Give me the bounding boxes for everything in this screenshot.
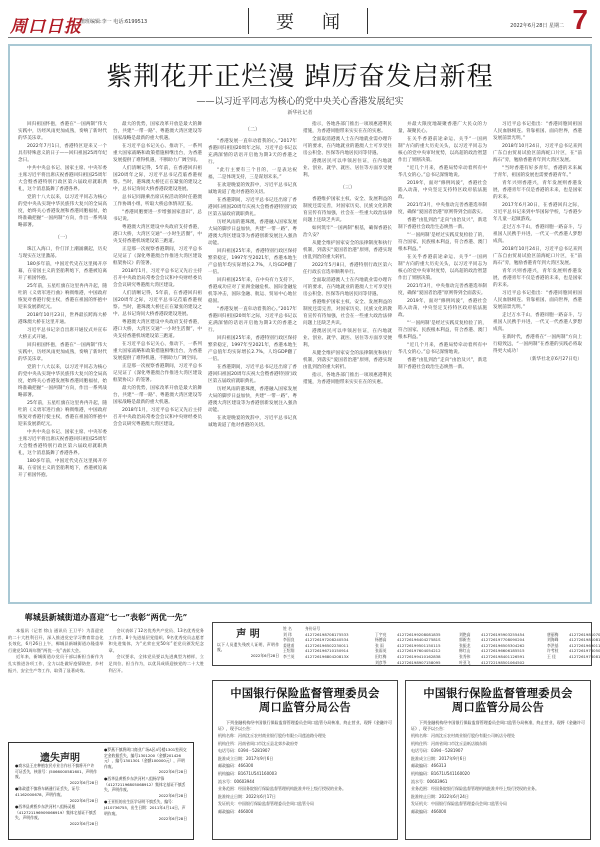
paragraph: 2018年1月，习近平总书记又先后主持召开中央政治局常委会会议和中央财经委员会会…	[113, 268, 202, 289]
paragraph: 从健全维护国家安全的法律制度和执行机制，到落实“爱国者治港”原则，香港实现由乱到…	[303, 240, 392, 261]
paragraph: 会议表彰了12名优秀共产党员、13名优秀党务工作者、8个先进基层党组织、9名优秀…	[109, 628, 205, 654]
article-columns: 回归祖国怀抱，香港在“一国两制”伟大实践中，历经风雨更加成熟，奏响了新时代的华美…	[18, 121, 582, 599]
paragraph: 在欢迎晚宴的致辞中，习近平总书记真诚地说道了他对香港的关切。	[208, 415, 297, 429]
paragraph: 近年来，新城街道办党员干部以新担当新作为扎实推进各项工作，全力以赴做好疫情防控、…	[8, 654, 104, 674]
local-news-story: 郸城县新城街道办喜迎“七一”表彰“两优一先” 本报讯（记者 徐山 通讯员 王卫平…	[8, 612, 204, 732]
paragraph: 回归祖国25年来，香港特别行政区保持繁荣稳定，1997年至2021年，香港本地生…	[208, 248, 297, 276]
paragraph: 180多年前，中国近代史在这里揭开序幕，在帝国主义的坚船利炮下，香港被迫离开了祖…	[18, 261, 107, 282]
paragraph: 2019年，面对“修例风波”，香港社会陷入动荡，中央坚定支持特区政府依法施政。	[398, 298, 487, 319]
paragraph: 在香港期间，习近平总书记还出席了香港回归祖国20周年庆祝大会暨香港特别行政区第五…	[208, 197, 297, 218]
paragraph: 珠江入海口，伶仃洋上潮涌潮起，历史与现实在这里激荡。	[18, 246, 107, 260]
paragraph: 回归祖国25年来，香港特别行政区保持繁荣稳定，1997年至2021年，香港本地生…	[208, 335, 297, 363]
paragraph: 港澳居民可以申领居住证，在内地就业、创业、就学、就医、居住等方面享受便利。	[303, 328, 392, 349]
paragraph: “近几个月来，香港局势牵动着所有中华儿女的心。”总书记深情地说。	[398, 165, 487, 179]
paragraph: “香港同胞要进一步增强国家意识”，总书记说。	[113, 209, 202, 223]
newspaper-logo: 周口日报	[10, 12, 82, 37]
paragraph: 在欢迎晚宴的致辞中，习近平总书记真诚地说道了他对香港的关切。	[208, 182, 297, 196]
article-column-3: （二） “香港发展一直牵动着我的心。”2017年香港回归祖国20周年之际，习近平…	[208, 121, 297, 599]
paragraph: 在关乎香港前途命运、关乎“一国两制”方向的重大历史关头，以习近平同志为核心的党中…	[398, 254, 487, 282]
lost-statement-box: 遗失声明 ●商水县王庄种植农民专业合作社不慎将开户许可证丢失，核准号：J5066…	[8, 742, 194, 840]
paragraph: 习近平总书记指出：“香港同胞同祖国人民血脉相连。背靠祖国、面向世界，香港发展前景…	[493, 290, 582, 311]
statement-date: 2022年6月28日	[217, 653, 279, 658]
paragraph: 总书记同跟乘出席庆祝活动的时任港澳工作协调小组，听取大桥总体情况汇报。	[113, 194, 202, 208]
paragraph: 2019年，面对“修例风波”，香港社会陷入动荡，中央坚定支持特区政府依法施政。	[398, 180, 487, 201]
paragraph: 180多年前，中国近代史在这里揭开序幕，在帝国主义的坚船利炮下，香港被迫离开了祖…	[18, 458, 107, 479]
article-credit: （新华社北京6月27日电）	[493, 356, 582, 363]
paragraph: 2022年7月1日，香港特区迎来又一个具有特殊意义的日子——回归祖国25周年纪念…	[18, 143, 107, 164]
paragraph: 在香港期间，习近平总书记还出席了香港回归祖国20周年庆祝大会暨香港特别行政区第五…	[208, 364, 297, 385]
paragraph: 香港“由乱到治”走向“由治及兴”，新选制下香港社会政治生态焕然一新。	[398, 217, 487, 231]
story-body: 本报讯（记者 徐山 通讯员 王卫平）为喜迎党的二十大胜利召开，深入推进党史学习教…	[8, 628, 204, 674]
article-column-1: 回归祖国怀抱，香港在“一国两制”伟大实践中，历经风雨更加成熟，奏响了新时代的华美…	[18, 121, 107, 599]
paragraph: 并最大限度地凝聚香港广大民众的力量，凝聚民心。	[398, 121, 487, 135]
paragraph: 在习近平总书记关心、推动下，一系列重大国家战略和政策措施相继出台，为香港发展提供…	[113, 143, 202, 164]
section-title: 要 闻	[248, 8, 368, 34]
article-column-6: 习近平总书记指出：“香港同胞同祖国人民血脉相连。背靠祖国、面向世界，香港发展前景…	[493, 121, 582, 599]
paragraph: 党的十八大以来，以习近平同志为核心的党中央从实现中华民族伟大复兴的全局高度，始终…	[18, 364, 107, 399]
paragraph: “此行主要有三个目的，一是表达祝福，二是体现支持，三是谋划未来。”	[208, 167, 297, 181]
paragraph: 最大的优势，国家改革开放是最大的舞台，共建“一带一路”、粤港澳大湾区建设等国家战…	[113, 385, 202, 406]
paragraph: 回归祖国怀抱，香港在“一国两制”伟大实践中，历经风雨更加成熟，奏响了新时代的华美…	[18, 121, 107, 142]
article-subhead: ——以习近平同志为核心的党中央关心香港发展纪实	[10, 94, 590, 107]
lost-item: ●陈政遗不慎将车辆通行证丢失，证号：41162000678，声明作废。 2022…	[15, 786, 98, 803]
paragraph: 党的十八大以来，以习近平同志为核心的党中央从实现中华民族伟大复兴的全局高度，始终…	[18, 194, 107, 229]
notice-intro: 下列金融机构经中国银行保险监督管理委员会周口监管分局核准，终止营业，现将《金融许…	[218, 720, 392, 732]
paragraph: 2018年10月23日，世界最长跨海大桥港珠澳大桥在这里开通。	[18, 312, 107, 326]
paragraph: “近几个月来，香港局势牵动着所有中华儿女的心。”总书记深情地说。	[398, 342, 487, 356]
paragraph: 在新时代，香港将在“一国两制”方向上行稳致远，“一国两制”在香港的实践必将取得更…	[493, 334, 582, 355]
masthead: 周口日报 值班编辑:李一 电话:6199513 要 闻 2022年6月28日 星…	[8, 0, 592, 38]
article-column-4: 指示，各地各部门推出一项项惠港利民措施，为香港同胞带来实实在在的实惠。 全面取消…	[303, 121, 392, 599]
paragraph: “香港发展一直牵动着我的心。”2017年香港回归祖国20周年之际，习近平总书记以…	[208, 138, 297, 166]
notice-title: 中国银行保险监督管理委员会	[411, 686, 585, 700]
paragraph: 正是那一次视察香港期间，习近平总书记见证了《深化粤港澳合作推进大湾区建设框架协议…	[113, 246, 202, 267]
paragraph: 2018年1月，习近平总书记又先后主持召开中央政治局常委会会议和中央财经委员会会…	[113, 407, 202, 428]
section-heading: （三）	[303, 185, 392, 192]
paragraph: 指示，各地各部门推出一项项惠港利民措施，为香港同胞带来实实在在的实惠。	[303, 121, 392, 135]
paragraph: 走过万水千山，香港同胞一路奋斗，与祖国人民携手并进，一代又一代香港人梦想成真。	[493, 224, 582, 245]
paragraph: 在关乎香港前途命运、关乎“一国两制”方向的重大历史关头，以习近平同志为核心的党中…	[398, 136, 487, 164]
statement-text: 以下人员遗失残疾人证明，声明作废。 2022年6月28日	[217, 642, 279, 658]
paragraph: 25年前，五星红旗在这里冉冉升起，随吐的《义勇军进行曲》响彻维港，中国政府恢复对…	[18, 283, 107, 311]
paragraph: 人们清晰记得，5年前，在香港回归祖国20周年之际，习近平总书记莅临香港视察。当时…	[113, 165, 202, 193]
lost-item: ●西华县黄桥乡东洪河村八组杨灵根（412721196909066919）集体宅基…	[15, 804, 98, 826]
lost-item: ●罗燕不慎将周口商业广场A区4号楼1301室预交定金收据丢失，编号1301200…	[104, 747, 187, 775]
article-byline: 新华社记者	[10, 109, 590, 116]
paragraph: “香港发展一直牵动着我的心。”2017年香港回归祖国20周年之际，习近平总书记以…	[208, 306, 297, 334]
notice-subtitle: 周口监管分局公告	[218, 700, 392, 714]
paragraph: 走过万水千山，香港同胞一路奋斗，与祖国人民携手并进，一代又一代香港人梦想成真。	[493, 312, 582, 333]
paragraph: 如何筑牢“一国两制”根基，确保香港长治久安？	[303, 225, 392, 239]
story-title: 郸城县新城街道办喜迎“七一”表彰“两优一先”	[8, 612, 204, 623]
paragraph: 2017年6月30日，在香港回归之际，习近平总书记来到中华国际学校，与香港少年儿…	[493, 202, 582, 223]
paragraph: 习近平总书记亲自出席开通仪式并宣布大桥正式开通。	[18, 327, 107, 341]
paragraph: 2021年3月，中央推动完善香港选举制度，确保“爱国者治港”原则得到全面落实。	[398, 283, 487, 297]
regulator-notice-1: 中国银行保险监督管理委员会 周口监管分局公告 下列金融机构经中国银行保险监督管理…	[212, 680, 398, 840]
paragraph: 本报讯（记者 徐山 通讯员 王卫平）为喜迎党的二十大胜利召开，深入推进党史学习教…	[8, 628, 104, 654]
paragraph: “当时香港有好多青年，香港的未来属于青年，祖国的发展也需要香港青年。”	[493, 165, 582, 179]
statement-title: 声 明	[217, 625, 279, 640]
article-column-5: 并最大限度地凝聚香港广大民众的力量，凝聚民心。 在关乎香港前途命运、关乎“一国两…	[398, 121, 487, 599]
paragraph: 回归祖国怀抱，香港在“一国两制”伟大实践中，历经风雨更加成熟，奏响了新时代的华美…	[18, 342, 107, 363]
paragraph: 香港维护国家主权、安全、发展利益的制度还需完善，对国家历史、民族文化的教育宣传有…	[303, 196, 392, 224]
paragraph: 中共中央总书记、国家主席、中央军委主席习近平将出席庆祝香港回归祖国25周年大会暨…	[18, 165, 107, 193]
paragraph: 中共中央总书记、国家主席、中央军委主席习近平将出席庆祝香港回归祖国25周年大会暨…	[18, 429, 107, 457]
paragraph: 港澳居民可以申领居住证，在内地就业、创业、就学、就医、居住等方面享受便利。	[303, 158, 392, 179]
section-char-2: 闻	[322, 8, 340, 34]
paragraph: 全面取消港澳人士在内地就业需办理许可的要求，在内地就业的港澳人士可享受住房公积金…	[303, 277, 392, 298]
section-char-1: 要	[276, 8, 294, 34]
paragraph: 从健全维护国家安全的法律制度和执行机制，到落实“爱国者治港”原则，香港实现由乱到…	[303, 350, 392, 371]
main-article: 紫荆花开正烂漫 踔厉奋发启新程 ——以习近平同志为核心的党中央关心香港发展纪实 …	[8, 44, 592, 604]
section-heading: （二）	[208, 127, 297, 134]
paragraph: 香港“由乱到治”走向“由治及兴”，新选制下香港社会政治生态焕然一新。	[398, 357, 487, 371]
paragraph: 青年兴则香港兴，青年发展则香港发展，香港青年不仅是香港的未来，也是国家的未来。	[493, 268, 582, 289]
paragraph: 2022年5月8日，香港特别行政区第六任行政长官选举顺利举行。	[303, 262, 392, 276]
id-table: 姓 名 身份证号 刘 玮412726198708175533丁宇亮4127261…	[283, 626, 587, 665]
lost-statement-title: 遗失声明	[15, 749, 105, 764]
paragraph: 青年兴则香港兴，青年发展则香港发展，香港青年不仅是香港的未来，也是国家的未来。	[493, 180, 582, 201]
page-number: 7	[572, 6, 588, 34]
id-statement-box: 声 明 以下人员遗失残疾人证明，声明作废。 2022年6月28日 姓 名 身份证…	[212, 622, 592, 666]
article-headline: 紫荆花开正烂漫 踔厉奋发启新程	[10, 56, 590, 93]
paragraph: 最大的优势，国家改革开放是最大的舞台，共建“一带一路”、粤港澳大湾区建设等国家战…	[113, 121, 202, 142]
notice-subtitle: 周口监管分局公告	[411, 700, 585, 714]
paragraph: 粤港澳大湾区建设中央政府支持香港，港口大桥，大湾区交通“一小时生活圈”，中央支持…	[113, 319, 202, 340]
paragraph: 全面取消港澳人士在内地就业需办理许可的要求，在内地就业的港澳人士可享受住房公积金…	[303, 136, 392, 157]
paragraph: 指示，各地各部门推出一项项惠港利民措施，为香港同胞带来实实在在的实惠。	[303, 372, 392, 386]
lost-statement-items: ●商水县王庄种植农民专业合作社不慎将开户许可证丢失，核准号：J506600058…	[15, 763, 187, 835]
paragraph: 历经风雨的港珠澳，香港融入国家发展大局的脚步日益加快，共建“一带一路”、粤港澳大…	[208, 386, 297, 414]
lost-item: ●西华县黄桥乡东洪河村八组杨学锋（412721196805068912）集体宅基…	[104, 776, 187, 798]
paragraph: 历经风雨的港珠澳，香港融入国家发展大局的脚步日益加快，共建“一带一路”、粤港澳大…	[208, 219, 297, 247]
editor-info: 值班编辑:李一 电话:6199513	[80, 18, 147, 25]
lost-item: ●商水县王庄种植农民专业合作社不慎将开户许可证丢失，核准号：J506600058…	[15, 763, 98, 785]
paragraph: “‘一国两制’是经过实践反复检验了的，符合国家、民族根本利益，符合香港、澳门根本…	[398, 232, 487, 253]
paragraph: 会议要求，全体党员要以先进典型为榜样，立足岗位、担当作为，以优异成绩迎接党的二十…	[109, 654, 205, 674]
article-column-2: 最大的优势，国家改革开放是最大的舞台，共建“一带一路”、粤港澳大湾区建设等国家战…	[113, 121, 202, 599]
issue-date: 2022年6月28日 星期二	[510, 22, 564, 29]
paragraph: 香港维护国家主权、安全、发展利益的制度还需完善，对国家历史、民族文化的教育宣传有…	[303, 299, 392, 327]
paragraph: 2021年3月，中央推动完善香港选举制度，确保“爱国者治港”原则得到全面落实。	[398, 202, 487, 216]
paragraph: 粤港澳大湾区建设中央政府支持香港，港口大桥，大湾区交通“一小时生活圈”，中央支持…	[113, 224, 202, 245]
paragraph: 回归祖国25年来，在中央有力支持下，香港成功应对了亚洲金融危机、国际金融危机等冲…	[208, 277, 297, 305]
paragraph: 人们清晰记得，5年前，在香港回归祖国20周年之际，习近平总书记莅临香港视察。当时…	[113, 290, 202, 318]
notice-intro: 下列金融机构经中国银行保险监督管理委员会周口监管分局核准，终止营业，现将《金融许…	[411, 720, 585, 732]
lost-item: ●王亚恒的出生医学证明不慎丢失，编号：J410736755，出生日期：2011年…	[104, 799, 187, 821]
regulator-notice-2: 中国银行保险监督管理委员会 周口监管分局公告 下列金融机构经中国银行保险监督管理…	[405, 680, 591, 840]
paragraph: 在习近平总书记关心、推动下，一系列重大国家战略和政策措施相继出台，为香港发展提供…	[113, 341, 202, 362]
paragraph: 习近平总书记指出：“香港同胞同祖国人民血脉相连。背靠祖国、面向世界，香港发展前景…	[493, 121, 582, 142]
paragraph: 25年前，五星红旗在这里冉冉升起，随吐的《义勇军进行曲》响彻维港，中国政府恢复对…	[18, 400, 107, 428]
paragraph: 正是那一次视察香港期间，习近平总书记见证了《深化粤港澳合作推进大湾区建设框架协议…	[113, 363, 202, 384]
section-heading: （一）	[18, 235, 107, 242]
paragraph: 2018年10月24日，习近平总书记来到广东自由贸易试验区前海蛇口片区，在“前海…	[493, 246, 582, 267]
paragraph: “‘一国两制’是经过实践反复检验了的，符合国家、民族根本利益，符合香港、澳门根本…	[398, 320, 487, 341]
paragraph: 2018年10月24日，习近平总书记来到广东自由贸易试验区前海蛇口片区，在“前海…	[493, 143, 582, 164]
notice-title: 中国银行保险监督管理委员会	[218, 686, 392, 700]
